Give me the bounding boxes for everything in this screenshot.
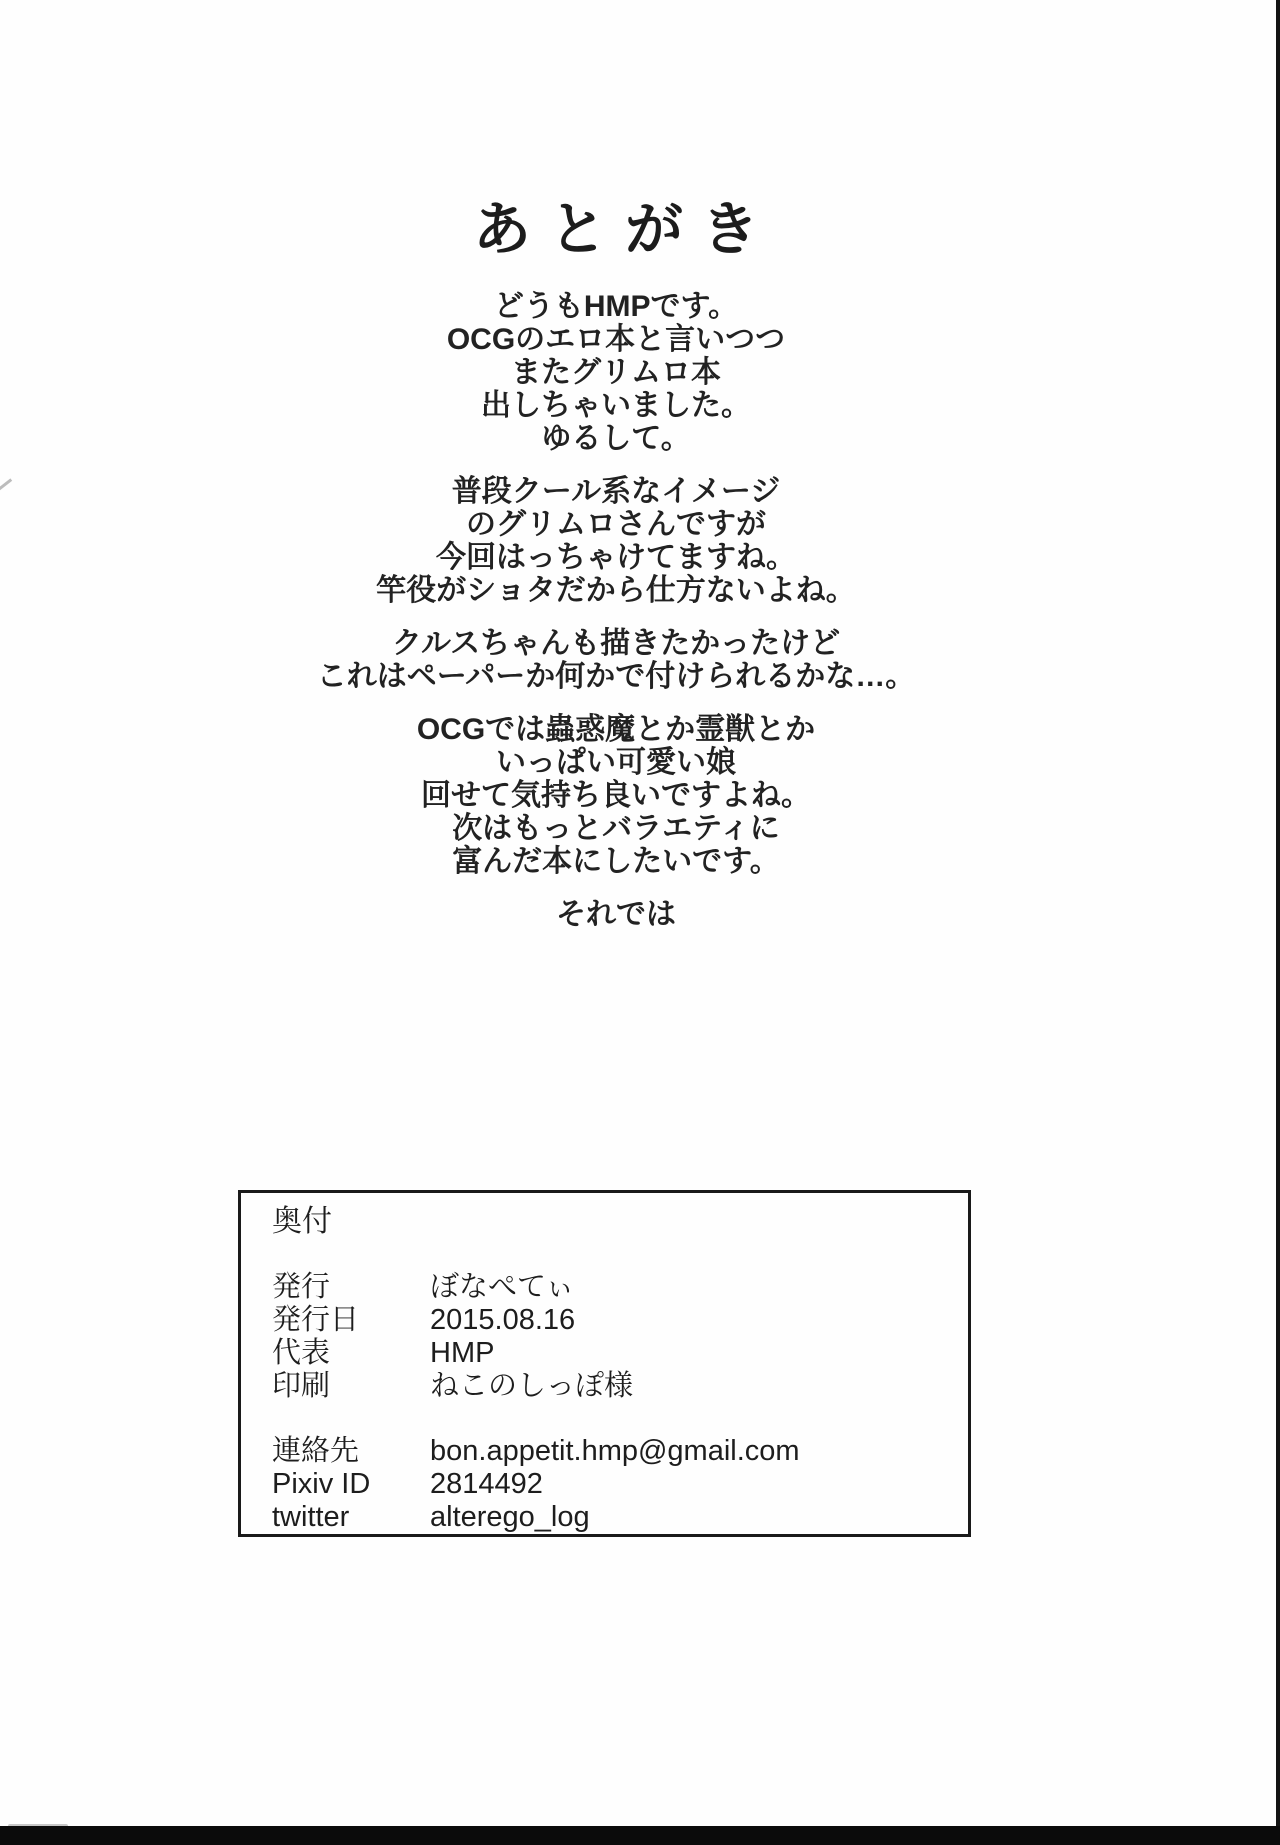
colophon-label: 代表 xyxy=(272,1337,430,1370)
afterword-line: またグリムロ本 xyxy=(0,356,1232,389)
afterword-line: 今回はっちゃけてますね。 xyxy=(0,541,1232,574)
colophon-row: 発行日2015.08.16 xyxy=(272,1304,950,1337)
colophon-label: 発行日 xyxy=(272,1304,430,1337)
afterword-line: 普段クール系なイメージ xyxy=(0,475,1232,508)
colophon-box: 奥付 発行ぼなぺてぃ発行日2015.08.16代表HMP印刷ねこのしっぽ様連絡先… xyxy=(238,1190,971,1537)
afterword-line: 次はもっとバラエティに xyxy=(0,812,1232,845)
afterword-line: のグリムロさんですが xyxy=(0,508,1232,541)
afterword-paragraph: OCGでは蟲惑魔とか霊獣とかいっぱい可愛い娘回せて気持ち良いですよね。次はもっと… xyxy=(0,713,1232,878)
colophon-row: 連絡先bon.appetit.hmp@gmail.com xyxy=(272,1435,950,1468)
colophon-value: 2015.08.16 xyxy=(430,1304,950,1337)
colophon-label: 発行 xyxy=(272,1271,430,1304)
colophon-value: alterego_log xyxy=(430,1501,950,1534)
afterword-line: それでは xyxy=(0,898,1232,931)
colophon-row: 発行ぼなぺてぃ xyxy=(272,1271,950,1304)
afterword-body: どうもHMPです。OCGのエロ本と言いつつまたグリムロ本出しちゃいました。ゆるし… xyxy=(0,290,1232,931)
page-title: あとがき xyxy=(0,200,1232,260)
afterword-line: 竿役がショタだから仕方ないよね。 xyxy=(0,574,1232,607)
colophon-section: 発行ぼなぺてぃ発行日2015.08.16代表HMP印刷ねこのしっぽ様 xyxy=(272,1271,950,1403)
afterword-paragraph: それでは xyxy=(0,898,1232,931)
colophon-rows: 発行ぼなぺてぃ発行日2015.08.16代表HMP印刷ねこのしっぽ様連絡先bon… xyxy=(272,1271,950,1534)
afterword-line: どうもHMPです。 xyxy=(0,290,1232,323)
colophon-value: HMP xyxy=(430,1337,950,1370)
scan-artifact-bottom-bar xyxy=(0,1826,1280,1845)
afterword-line: 出しちゃいました。 xyxy=(0,389,1232,422)
afterword-paragraph: 普段クール系なイメージのグリムロさんですが今回はっちゃけてますね。竿役がショタだ… xyxy=(0,475,1232,607)
afterword-line: いっぱい可愛い娘 xyxy=(0,746,1232,779)
colophon-row: 印刷ねこのしっぽ様 xyxy=(272,1370,950,1403)
colophon-row: 代表HMP xyxy=(272,1337,950,1370)
afterword-paragraph: クルスちゃんも描きたかったけどこれはペーパーか何かで付けられるかな…。 xyxy=(0,627,1232,693)
afterword-line: OCGでは蟲惑魔とか霊獣とか xyxy=(0,713,1232,746)
colophon-value: bon.appetit.hmp@gmail.com xyxy=(430,1435,950,1468)
colophon-row: Pixiv ID2814492 xyxy=(272,1468,950,1501)
afterword-page: あとがき どうもHMPです。OCGのエロ本と言いつつまたグリムロ本出しちゃいまし… xyxy=(0,0,1280,1845)
colophon-row: twitteralterego_log xyxy=(272,1501,950,1534)
afterword-line: 回せて気持ち良いですよね。 xyxy=(0,779,1232,812)
colophon-value: 2814492 xyxy=(430,1468,950,1501)
colophon-label: Pixiv ID xyxy=(272,1468,430,1501)
scan-artifact-right-strip xyxy=(1276,0,1280,1845)
afterword-line: 富んだ本にしたいです。 xyxy=(0,845,1232,878)
colophon-section: 連絡先bon.appetit.hmp@gmail.comPixiv ID2814… xyxy=(272,1435,950,1534)
colophon-value: ねこのしっぽ様 xyxy=(430,1370,950,1403)
colophon-value: ぼなぺてぃ xyxy=(430,1271,950,1304)
afterword-line: OCGのエロ本と言いつつ xyxy=(0,323,1232,356)
afterword-paragraph: どうもHMPです。OCGのエロ本と言いつつまたグリムロ本出しちゃいました。ゆるし… xyxy=(0,290,1232,455)
afterword-line: ゆるして。 xyxy=(0,422,1232,455)
colophon-label: 連絡先 xyxy=(272,1435,430,1468)
colophon-label: 印刷 xyxy=(272,1370,430,1403)
colophon-label: twitter xyxy=(272,1501,430,1534)
afterword-line: これはペーパーか何かで付けられるかな…。 xyxy=(0,660,1232,693)
afterword-line: クルスちゃんも描きたかったけど xyxy=(0,627,1232,660)
colophon-header: 奥付 xyxy=(272,1205,950,1239)
